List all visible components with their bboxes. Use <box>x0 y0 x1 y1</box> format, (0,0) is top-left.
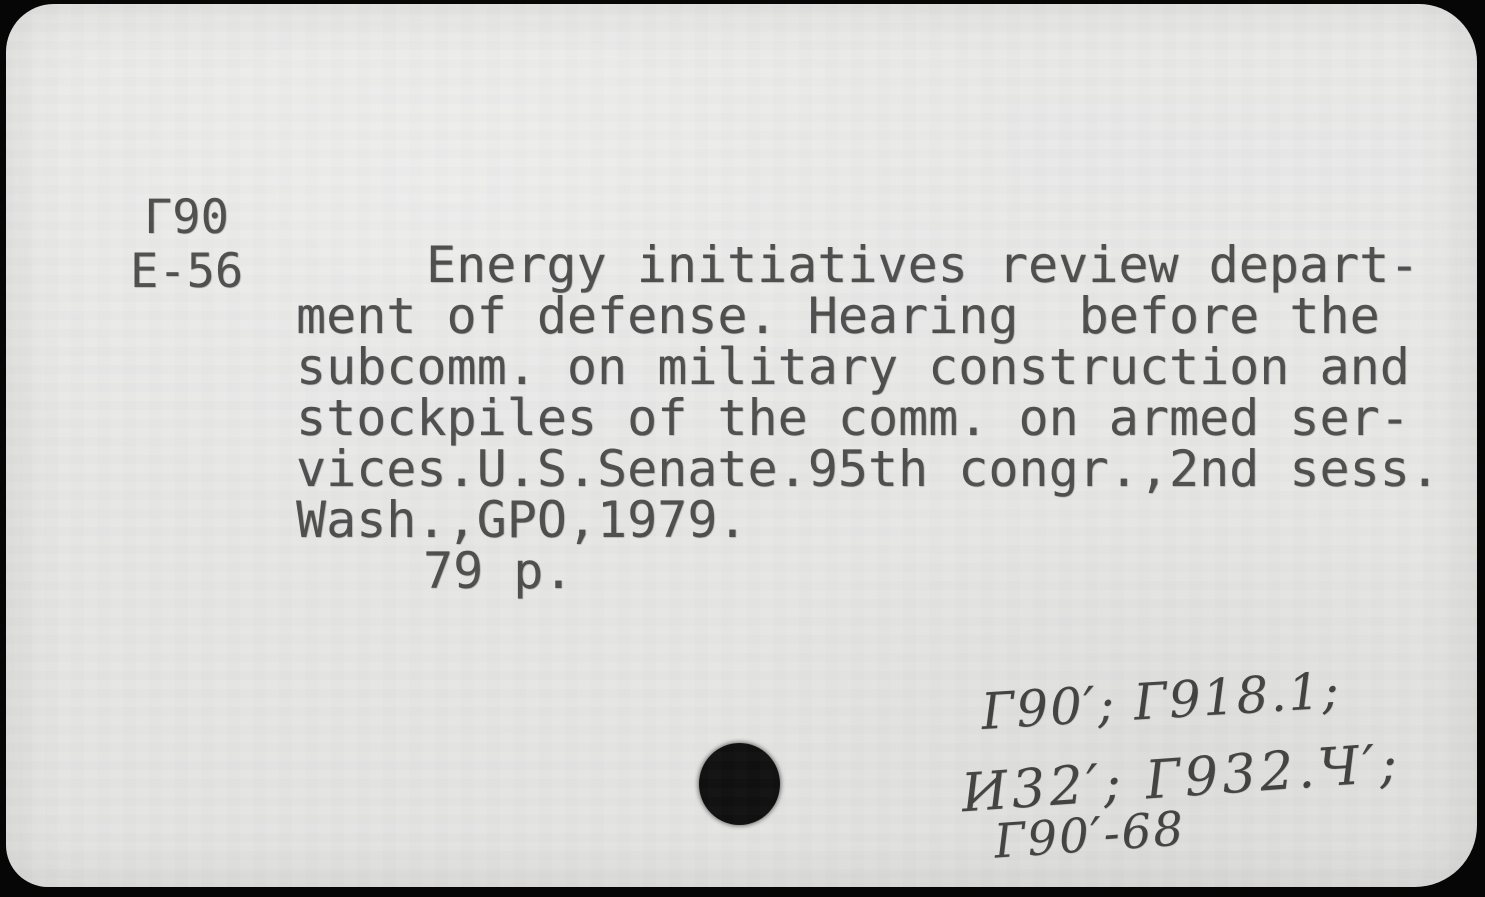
entry-line: Wash.,GPO,1979. <box>296 495 1440 546</box>
catalog-card: Г90 E-56 Energy initiatives review depar… <box>6 4 1477 887</box>
entry-line: vices.U.S.Senate.95th congr.,2nd sess. <box>296 444 1440 495</box>
entry-line: subcomm. on military construction and <box>296 342 1440 393</box>
scan-background: Г90 E-56 Energy initiatives review depar… <box>0 0 1485 897</box>
entry-line: Energy initiatives review depart- <box>296 240 1440 291</box>
entry-pagination-line: 79 p. <box>296 546 1440 597</box>
ink-dot-mark <box>699 743 780 825</box>
call-number-author: E-56 <box>130 246 243 298</box>
call-number-class: Г90 <box>144 192 229 244</box>
entry-line: ment of defense. Hearing before the <box>296 291 1440 342</box>
entry-line: stockpiles of the comm. on armed ser- <box>296 393 1440 444</box>
handwritten-call-number-line: Г90′; Г918.1; <box>980 661 1343 741</box>
catalog-entry: Energy initiatives review depart- ment o… <box>296 240 1440 597</box>
